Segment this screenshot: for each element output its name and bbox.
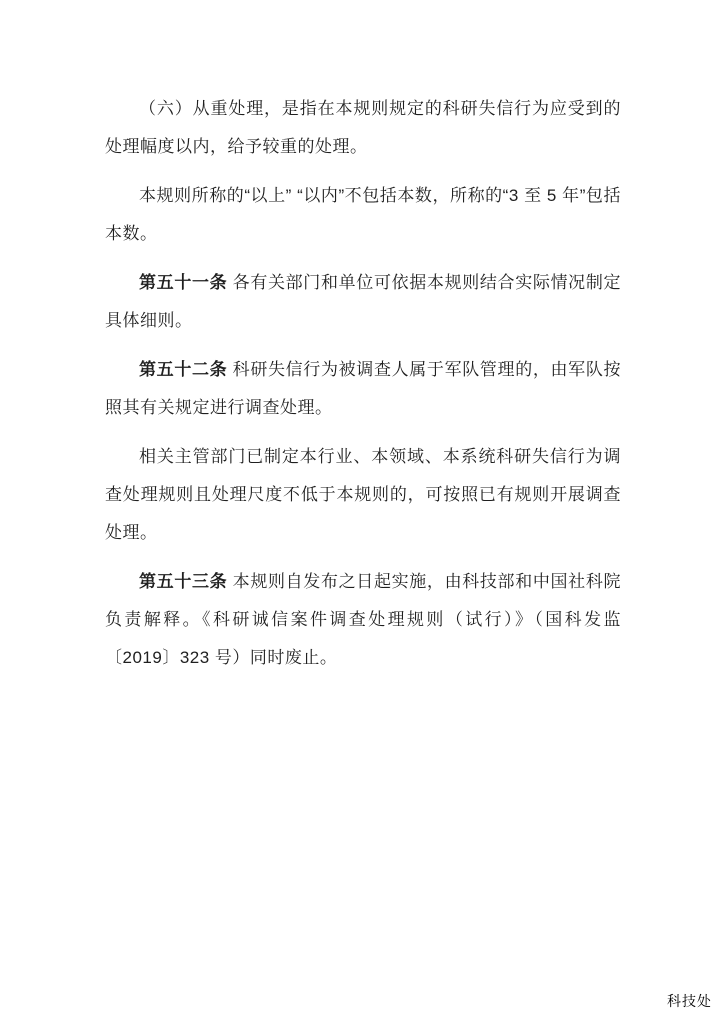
paragraph-article-51: 第五十一条 各有关部门和单位可依据本规则结合实际情况制定具体细则。 <box>105 264 621 340</box>
paragraph-article-52: 第五十二条 科研失信行为被调查人属于军队管理的，由军队按照其有关规定进行调查处理… <box>105 351 621 427</box>
article-number: 第五十一条 <box>139 273 227 292</box>
paragraph-article-53: 第五十三条 本规则自发布之日起实施，由科技部和中国社科院负责解释。《科研诚信案件… <box>105 563 621 677</box>
paragraph-existing-rules-note: 相关主管部门已制定本行业、本领域、本系统科研失信行为调查处理规则且处理尺度不低于… <box>105 438 621 552</box>
footer-department-label: 科技处 <box>667 991 712 1011</box>
document-page: （六）从重处理，是指在本规则规定的科研失信行为应受到的处理幅度以内，给予较重的处… <box>0 0 724 1024</box>
paragraph-item-6-heavier-punishment: （六）从重处理，是指在本规则规定的科研失信行为应受到的处理幅度以内，给予较重的处… <box>105 90 621 166</box>
article-number: 第五十三条 <box>139 572 227 591</box>
paragraph-text: 本规则所称的“以上” “以内”不包括本数，所称的“3 至 5 年”包括本数。 <box>105 186 621 243</box>
paragraph-number-inclusion-note: 本规则所称的“以上” “以内”不包括本数，所称的“3 至 5 年”包括本数。 <box>105 177 621 253</box>
article-number: 第五十二条 <box>139 360 227 379</box>
document-body: （六）从重处理，是指在本规则规定的科研失信行为应受到的处理幅度以内，给予较重的处… <box>105 90 621 688</box>
paragraph-text: （六）从重处理，是指在本规则规定的科研失信行为应受到的处理幅度以内，给予较重的处… <box>105 99 621 156</box>
paragraph-text: 相关主管部门已制定本行业、本领域、本系统科研失信行为调查处理规则且处理尺度不低于… <box>105 447 621 542</box>
